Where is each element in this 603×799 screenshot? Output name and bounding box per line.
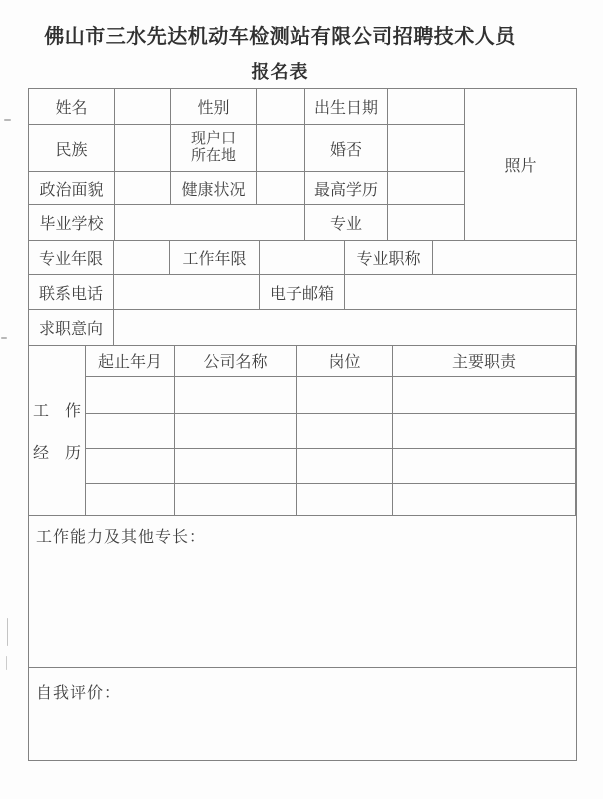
health-label: 健康状况 — [171, 172, 257, 204]
gender-value-cell — [257, 89, 305, 124]
work-period-cell — [86, 484, 175, 515]
ethnicity-label: 民族 — [29, 125, 115, 171]
household-label: 现户口 所在地 — [171, 125, 257, 171]
work-period-cell — [86, 449, 175, 483]
name-label: 姓名 — [29, 89, 115, 124]
years-profession-value-cell — [114, 241, 170, 274]
professional-title-value-cell — [433, 241, 576, 274]
scan-artifact — [7, 618, 8, 646]
phone-value-cell — [114, 275, 260, 309]
birth-date-label: 出生日期 — [305, 89, 388, 124]
personal-info-section: 姓名 性别 出生日期 民族 现户口 所在地 — [29, 89, 576, 241]
major-value-cell — [388, 205, 464, 240]
political-status-value-cell — [115, 172, 171, 204]
application-form-table: 姓名 性别 出生日期 民族 现户口 所在地 — [28, 88, 577, 761]
work-experience-row — [86, 414, 576, 450]
scan-artifact — [4, 119, 11, 121]
work-experience-label-line2: 经 历 — [33, 440, 81, 463]
name-value-cell — [115, 89, 171, 124]
work-duties-cell — [393, 414, 576, 449]
work-experience-row — [86, 377, 576, 414]
political-status-label: 政治面貌 — [29, 172, 115, 204]
work-company-cell — [175, 449, 297, 483]
row-school-major: 毕业学校 专业 — [29, 205, 464, 240]
form-header: 佛山市三水先达机动车检测站有限公司招聘技术人员 报名表 — [0, 0, 560, 82]
form-title: 佛山市三水先达机动车检测站有限公司招聘技术人员 — [0, 26, 560, 48]
highest-education-label: 最高学历 — [305, 172, 388, 204]
job-intention-label: 求职意向 — [29, 310, 114, 345]
work-experience-header-row: 起止年月 公司名称 岗位 主要职责 — [86, 346, 576, 377]
work-duties-cell — [393, 484, 576, 515]
work-duties-cell — [393, 377, 576, 413]
work-position-cell — [297, 414, 393, 449]
work-experience-label-line1: 工 作 — [33, 398, 81, 421]
work-position-cell — [297, 449, 393, 483]
scan-artifact — [1, 337, 7, 339]
professional-title-label: 专业职称 — [345, 241, 433, 274]
work-col-period: 起止年月 — [86, 346, 175, 376]
work-company-cell — [175, 484, 297, 515]
graduate-school-value-cell — [115, 205, 305, 240]
work-position-cell — [297, 377, 393, 413]
work-company-cell — [175, 377, 297, 413]
ability-section: 工作能力及其他专长： — [29, 516, 576, 668]
row-job-intention: 求职意向 — [29, 310, 576, 346]
scan-artifact — [6, 656, 7, 670]
work-experience-label: 工 作 经 历 — [29, 346, 86, 515]
work-col-duties: 主要职责 — [393, 346, 576, 376]
self-evaluation-label: 自我评价： — [36, 685, 121, 702]
work-experience-grid: 起止年月 公司名称 岗位 主要职责 — [86, 346, 576, 515]
graduate-school-label: 毕业学校 — [29, 205, 115, 240]
gender-label: 性别 — [171, 89, 257, 124]
major-label: 专业 — [305, 205, 388, 240]
job-intention-value-cell — [114, 310, 576, 345]
work-position-cell — [297, 484, 393, 515]
email-label: 电子邮箱 — [260, 275, 345, 309]
work-company-cell — [175, 414, 297, 449]
row-name-gender-birth: 姓名 性别 出生日期 — [29, 89, 464, 125]
highest-education-value-cell — [388, 172, 464, 204]
photo-label: 照片 — [504, 153, 536, 176]
health-value-cell — [257, 172, 305, 204]
ability-label: 工作能力及其他专长： — [36, 529, 206, 546]
work-period-cell — [86, 377, 175, 413]
household-label-line2: 所在地 — [191, 148, 236, 165]
self-evaluation-section: 自我评价： — [29, 668, 576, 760]
row-political-health-education: 政治面貌 健康状况 最高学历 — [29, 172, 464, 205]
work-col-position: 岗位 — [297, 346, 393, 376]
row-years-title: 专业年限 工作年限 专业职称 — [29, 241, 576, 275]
phone-label: 联系电话 — [29, 275, 114, 309]
household-label-line1: 现户口 — [191, 131, 236, 148]
marital-status-value-cell — [388, 125, 464, 171]
scanned-application-form-page: 佛山市三水先达机动车检测站有限公司招聘技术人员 报名表 姓名 性别 出生日期 民… — [0, 0, 603, 799]
work-col-company: 公司名称 — [175, 346, 297, 376]
photo-cell: 照片 — [465, 89, 576, 240]
ethnicity-value-cell — [115, 125, 171, 171]
work-experience-section: 工 作 经 历 起止年月 公司名称 岗位 主要职责 — [29, 346, 576, 516]
marital-status-label: 婚否 — [305, 125, 388, 171]
work-period-cell — [86, 414, 175, 449]
email-value-cell — [345, 275, 576, 309]
household-value-cell — [257, 125, 305, 171]
work-experience-row — [86, 484, 576, 515]
years-profession-label: 专业年限 — [29, 241, 114, 274]
years-work-value-cell — [260, 241, 345, 274]
work-experience-row — [86, 449, 576, 484]
birth-date-value-cell — [388, 89, 464, 124]
row-ethnicity-household-marital: 民族 现户口 所在地 婚否 — [29, 125, 464, 172]
personal-info-grid: 姓名 性别 出生日期 民族 现户口 所在地 — [29, 89, 465, 240]
years-work-label: 工作年限 — [170, 241, 260, 274]
work-duties-cell — [393, 449, 576, 483]
form-subtitle: 报名表 — [0, 62, 560, 82]
row-phone-email: 联系电话 电子邮箱 — [29, 275, 576, 310]
